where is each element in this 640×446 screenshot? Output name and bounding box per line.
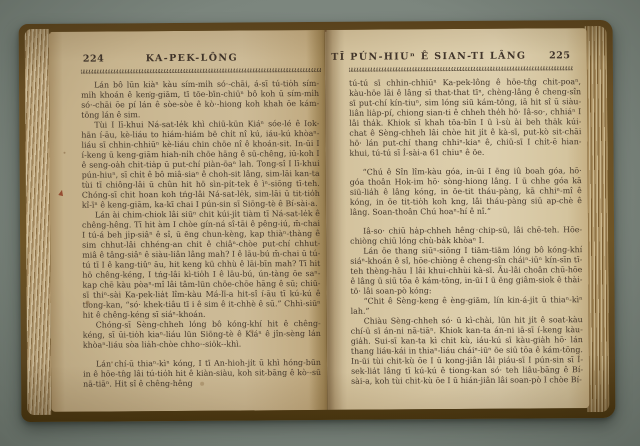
paragraph: Tùi I lī-khui Ná-sat-le̍k khì chiū-kūn K… <box>81 119 320 211</box>
paragraph: Chóng-sī Sèng-chheh lóng bô kóng-khí hit… <box>83 319 321 351</box>
paragraph: Lán ài chim-chiok lâi siūⁿ chit kúi-ji̍t… <box>82 209 321 321</box>
paragraph: “Chú ê Sîn lîm-kàu góa, in-ūi I ēng iû b… <box>350 166 582 218</box>
red-ink-speck <box>58 189 64 196</box>
right-running-title: TĪ PÚN-HIUⁿ Ê SIAN-TI LÂNG <box>331 51 526 63</box>
right-page-number: 225 <box>549 50 570 61</box>
left-page-stack-edge <box>25 29 52 415</box>
left-page: 224 KA-PEK-LÔNG Lán bô lūn kiàⁿ kàu sím-… <box>49 30 328 412</box>
right-text-column: tú-tú sī chhin-chhiūⁿ Ka-pek-lông ê hōe-… <box>349 77 583 387</box>
paragraph: “Chit ê Sèng-keng ê èng-giām, lín kin-á-… <box>351 295 583 317</box>
paragraph: Lán bô lūn kiàⁿ kàu sím-mi̍h só·-chāi, á… <box>81 79 319 121</box>
open-book: 224 KA-PEK-LÔNG Lán bô lūn kiàⁿ kàu sím-… <box>19 20 616 422</box>
left-header-rule <box>81 68 321 74</box>
paragraph: Chiàu Sèng-chheh só· ū kì-chài, lūn hit … <box>351 315 583 387</box>
paragraph: tú-tú sī chhin-chhiūⁿ Ka-pek-lông ê hōe-… <box>349 77 582 159</box>
right-header-rule <box>349 66 573 72</box>
left-text-column: Lán bô lūn kiàⁿ kàu sím-mi̍h só·-chāi, á… <box>81 79 321 390</box>
paragraph: Iâ-so· chiū ha̍p-chheh hêng chip-sū, lâi… <box>350 225 582 247</box>
paragraph: Lán ōe thang siūⁿ-siōng I tiām-tiām lóng… <box>350 245 582 297</box>
book-photo: 224 KA-PEK-LÔNG Lán bô lūn kiàⁿ kàu sím-… <box>0 0 640 446</box>
left-running-header: 224 KA-PEK-LÔNG <box>49 52 325 66</box>
right-running-header: TĪ PÚN-HIUⁿ Ê SIAN-TI LÂNG 225 <box>325 50 587 64</box>
right-page: TĪ PÚN-HIUⁿ Ê SIAN-TI LÂNG 225 tú-tú sī … <box>325 28 590 410</box>
foxing-spots <box>325 30 327 32</box>
paragraph: Lán chí-ū thiaⁿ-kìⁿ kóng, I tī An-hioh-j… <box>83 358 321 390</box>
foxing-spots <box>49 32 51 34</box>
left-running-title: KA-PEK-LÔNG <box>69 52 315 65</box>
